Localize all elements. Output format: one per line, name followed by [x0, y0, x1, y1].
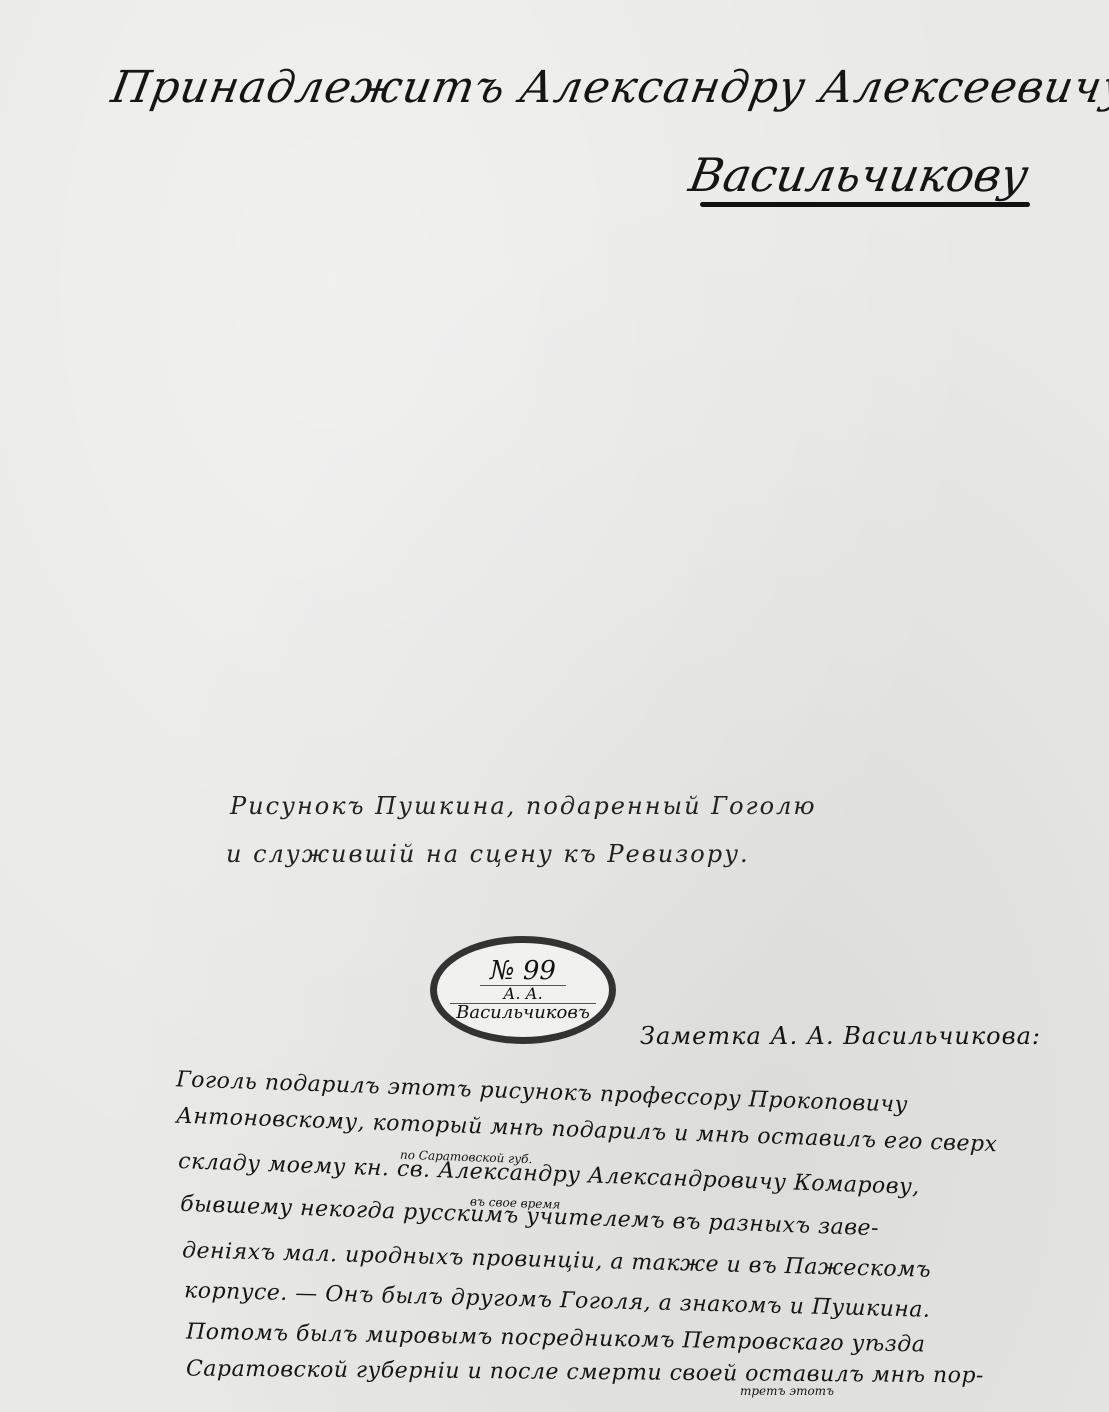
drawing-caption-line-2: и служившій на сцену къ Ревизору.: [226, 840, 750, 868]
drawing-caption-line-1: Рисунокъ Пушкина, подаренный Гоголю: [230, 792, 817, 820]
stamp-initials: А. А.: [503, 986, 543, 1003]
note-line: деніяхъ мал. иродныхъ провинціи, а также…: [182, 1238, 932, 1283]
note-line: складу моему кн. св. Александру Александ…: [178, 1149, 920, 1200]
note-line: Саратовской губерніи и после смерти свое…: [186, 1357, 984, 1389]
note-interlinear: третъ этотъ: [740, 1384, 834, 1398]
stamp-number: № 99: [480, 958, 566, 986]
ownership-heading-line-2: Васильчикову: [685, 148, 1032, 202]
note-line: корпусе. — Онъ былъ другомъ Гоголя, а зн…: [184, 1278, 931, 1323]
stamp-name: Васильчиковъ: [450, 1003, 596, 1023]
collection-stamp: № 99 А. А. Васильчиковъ: [430, 936, 616, 1044]
heading-underline: [700, 202, 1030, 207]
note-line: Потомъ былъ мировымъ посредникомъ Петров…: [186, 1320, 926, 1358]
ownership-heading-line-1: Принадлежитъ Александру Алексеевичу: [108, 62, 1109, 113]
note-label: Заметка А. А. Васильчикова:: [640, 1022, 1041, 1050]
